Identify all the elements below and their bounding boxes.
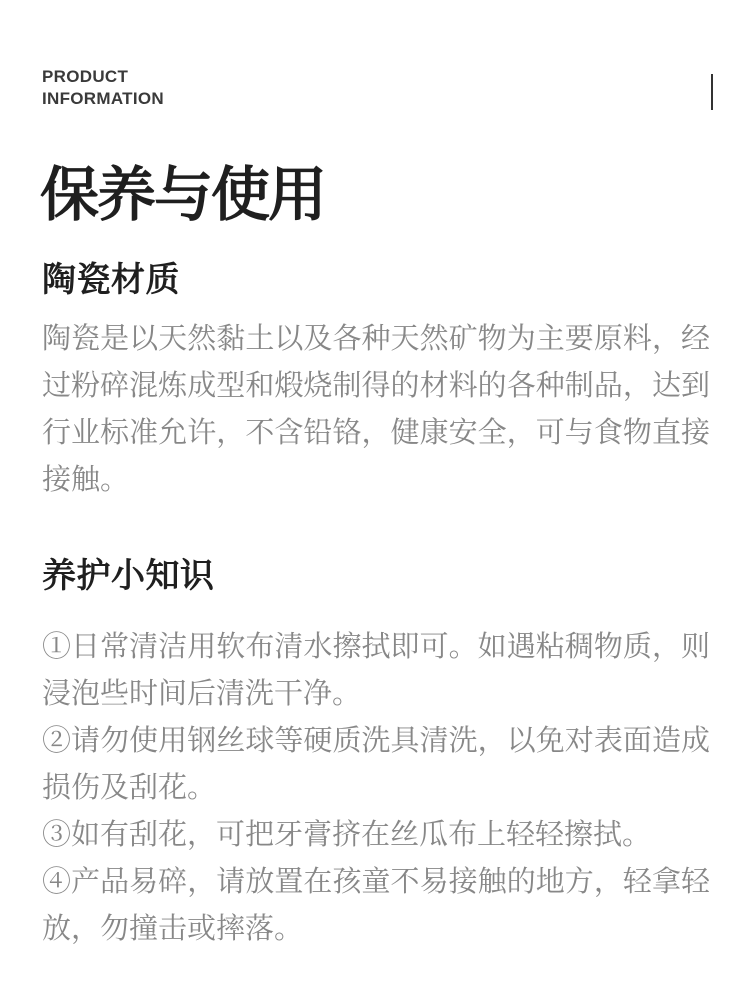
material-paragraph-text: 陶瓷是以天然黏土以及各种天然矿物为主要原料，经过粉碎混炼成型和煅烧制得的材料的各… (42, 316, 710, 504)
eyebrow-line-1: PRODUCT (42, 66, 164, 88)
product-information-page: PRODUCT INFORMATION 保养与使用 陶瓷材质 陶瓷是以天然黏土以… (0, 0, 750, 1008)
page-title: 保养与使用 (40, 160, 325, 230)
material-paragraph: 陶瓷是以天然黏土以及各种天然矿物为主要原料，经过粉碎混炼成型和煅烧制得的材料的各… (42, 316, 710, 504)
care-tip-item-4: ④产品易碎，请放置在孩童不易接触的地方，轻拿轻放，勿撞击或摔落。 (42, 859, 710, 953)
section-heading-material: 陶瓷材质 (42, 260, 180, 300)
care-tip-item-1: ①日常清洁用软布清水擦拭即可。如遇粘稠物质，则浸泡些时间后清洗干净。 (42, 624, 710, 718)
eyebrow-line-2: INFORMATION (42, 88, 164, 110)
care-tip-item-3: ③如有刮花，可把牙膏挤在丝瓜布上轻轻擦拭。 (42, 812, 710, 859)
eyebrow-label: PRODUCT INFORMATION (42, 66, 164, 110)
care-tips-list: ①日常清洁用软布清水擦拭即可。如遇粘稠物质，则浸泡些时间后清洗干净。 ②请勿使用… (42, 624, 710, 953)
section-heading-care: 养护小知识 (42, 556, 215, 596)
care-tip-item-2: ②请勿使用钢丝球等硬质洗具清洗，以免对表面造成损伤及刮花。 (42, 718, 710, 812)
vertical-divider (711, 74, 713, 110)
